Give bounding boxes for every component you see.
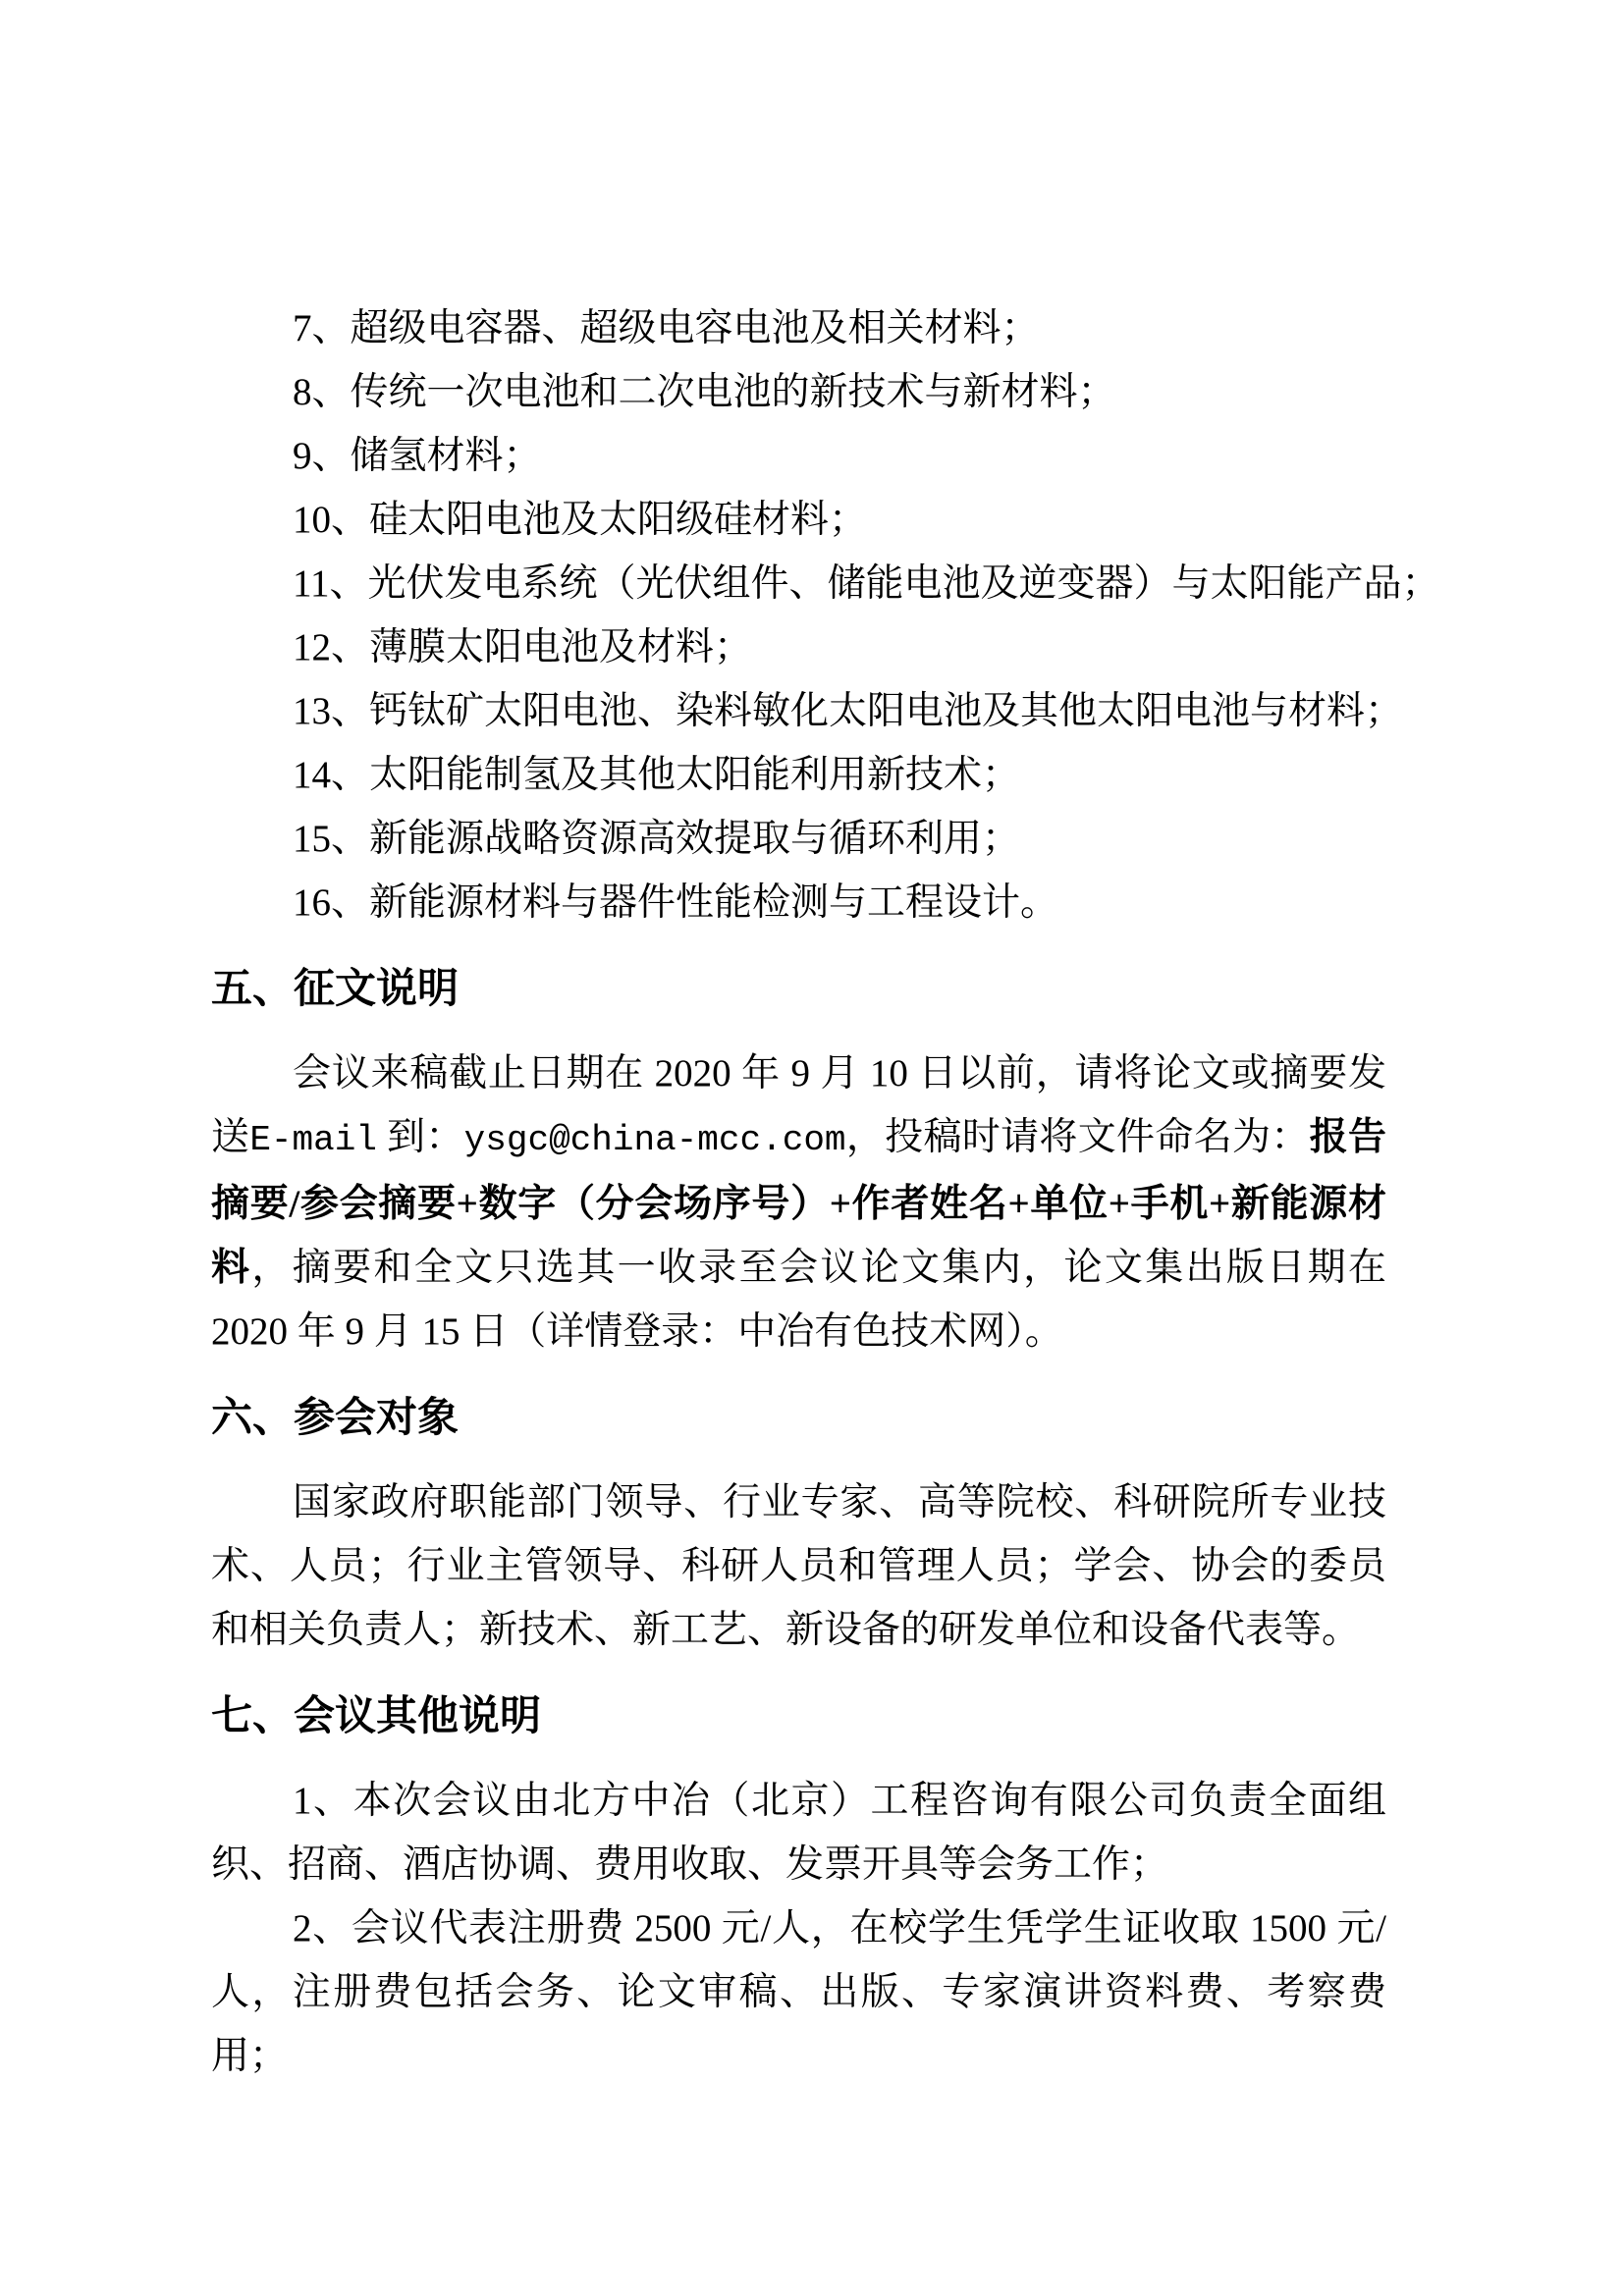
topic-item-14: 14、太阳能制氢及其他太阳能利用新技术； <box>211 743 1386 807</box>
section5-text-run4: ，摘要和全文只选其一收录至会议论文集内，论文集出版日期在 2020 年 9 月 … <box>211 1247 1386 1353</box>
topic-item-16: 16、新能源材料与器件性能检测与工程设计。 <box>211 871 1386 934</box>
section5-heading: 五、征文说明 <box>211 958 1386 1022</box>
document-page: 7、超级电容器、超级电容电池及相关材料； 8、传统一次电池和二次电池的新技术与新… <box>0 0 1624 2296</box>
section5-text-run3: ，投稿时请将文件命名为： <box>846 1116 1310 1158</box>
topic-item-13: 13、钙钛矿太阳电池、染料敏化太阳电池及其他太阳电池与材料； <box>211 679 1386 743</box>
topic-item-8: 8、传统一次电池和二次电池的新技术与新材料； <box>211 360 1386 424</box>
section7-heading: 七、会议其他说明 <box>211 1685 1386 1749</box>
email-address: ysgc@china-mcc.com <box>464 1120 846 1160</box>
email-label: E-mail <box>249 1120 377 1160</box>
section6-paragraph: 国家政府职能部门领导、行业专家、高等院校、科研院所专业技术、人员；行业主管领导、… <box>211 1470 1386 1662</box>
section5-text-run2: 到： <box>377 1116 464 1158</box>
topic-item-11: 11、光伏发电系统（光伏组件、储能电池及逆变器）与太阳能产品； <box>211 552 1386 615</box>
section6-heading: 六、参会对象 <box>211 1387 1386 1451</box>
topic-item-12: 12、薄膜太阳电池及材料； <box>211 615 1386 679</box>
section7-item-2: 2、会议代表注册费 2500 元/人，在校学生凭学生证收取 1500 元/人，注… <box>211 1896 1386 2088</box>
topic-item-10: 10、硅太阳电池及太阳级硅材料； <box>211 488 1386 552</box>
topic-list: 7、超级电容器、超级电容电池及相关材料； 8、传统一次电池和二次电池的新技术与新… <box>211 296 1386 934</box>
section7-item-1: 1、本次会议由北方中冶（北京）工程咨询有限公司负责全面组织、招商、酒店协调、费用… <box>211 1769 1386 1896</box>
topic-item-9: 9、储氢材料； <box>211 424 1386 488</box>
section5-paragraph: 会议来稿截止日期在 2020 年 9 月 10 日以前，请将论文或摘要发送E-m… <box>211 1041 1386 1363</box>
topic-item-15: 15、新能源战略资源高效提取与循环利用； <box>211 807 1386 871</box>
topic-item-7: 7、超级电容器、超级电容电池及相关材料； <box>211 296 1386 360</box>
